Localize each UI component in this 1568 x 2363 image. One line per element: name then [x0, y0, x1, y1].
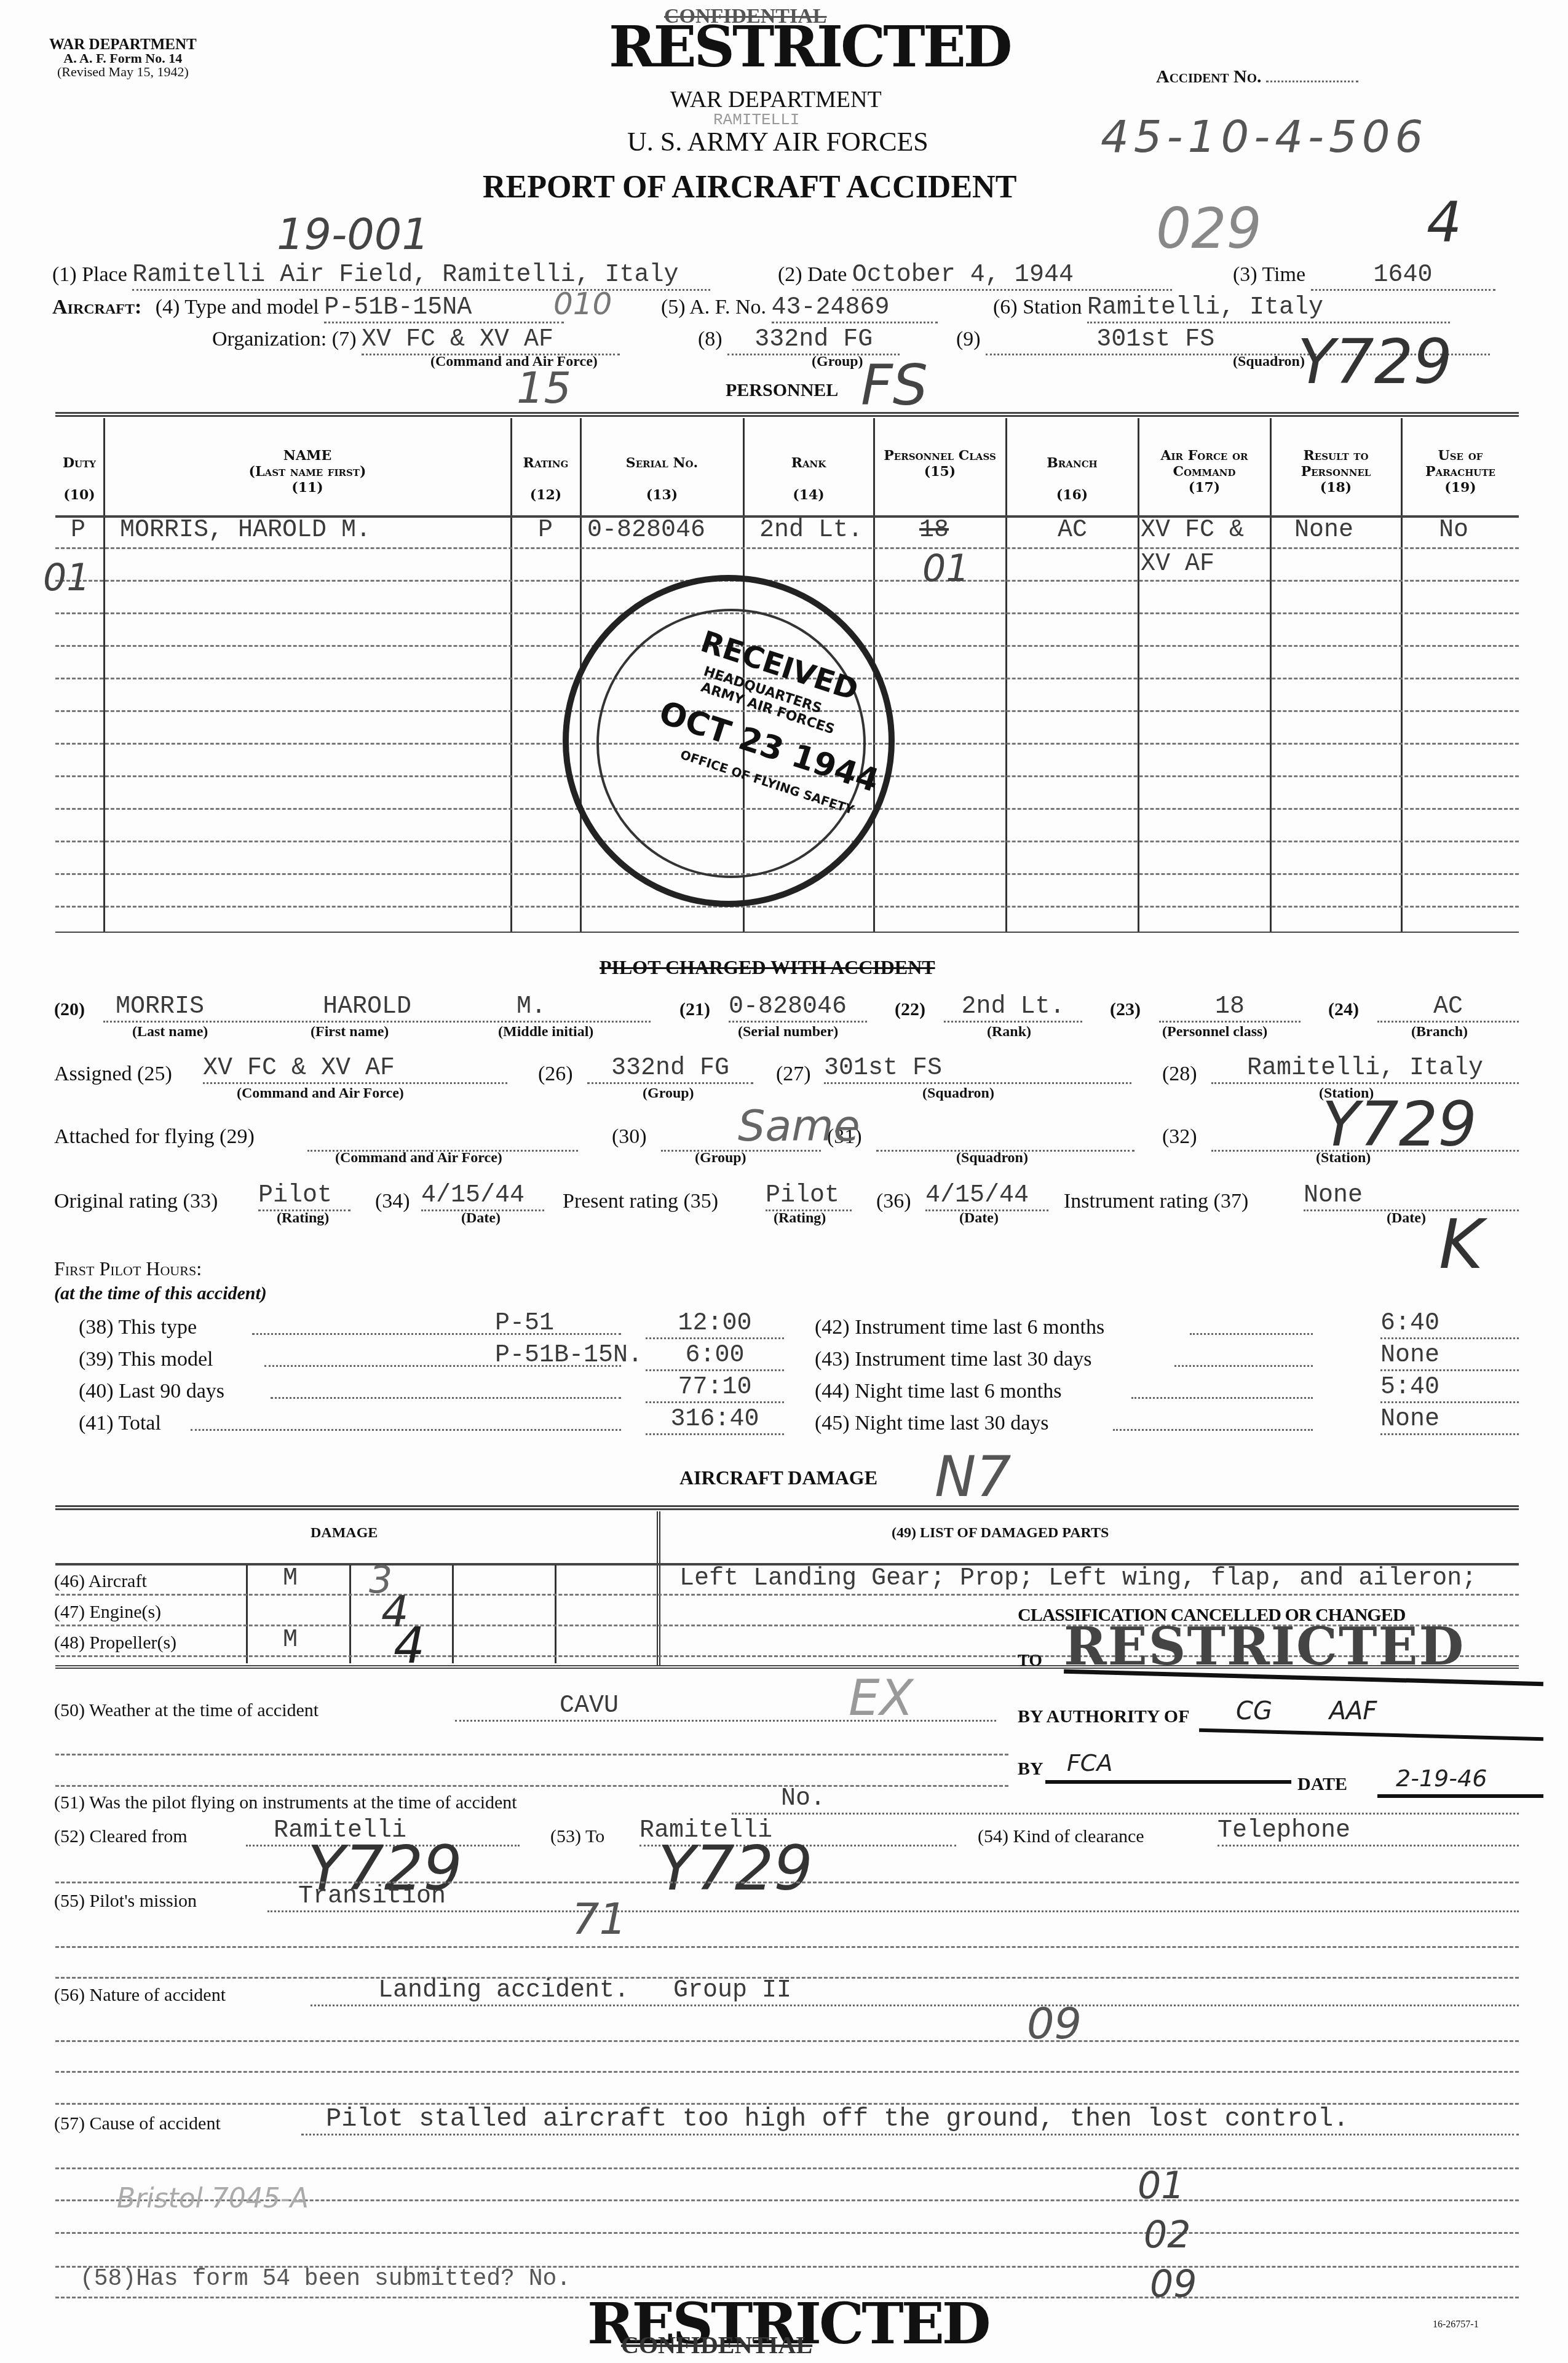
- weather-value: CAVU: [455, 1692, 996, 1722]
- field-36-label: (36): [876, 1190, 911, 1213]
- field-30-label: (30): [612, 1125, 647, 1149]
- weather-label: (50) Weather at the time of accident: [54, 1700, 319, 1721]
- assigned-squadron: 301st FS: [824, 1055, 1131, 1084]
- handwritten-duty-code: 01: [43, 556, 90, 600]
- damage-col-divider: [555, 1565, 556, 1663]
- accident-report-page: WAR DEPARTMENT A. A. F. Form No. 14 (Rev…: [0, 0, 1568, 2363]
- assigned-group-caption: (Group): [643, 1085, 694, 1102]
- attached-command-caption: (Command and Air Force): [335, 1150, 502, 1166]
- accident-number-handwritten: 45-10-4-506: [1101, 111, 1428, 162]
- declass-authority-label: BY AUTHORITY OF: [1018, 1706, 1189, 1727]
- damage-row-aircraft: (46) Aircraft: [54, 1571, 147, 1592]
- hours-value: 6:00: [646, 1342, 784, 1371]
- mission-value: Transition: [267, 1883, 1519, 1912]
- handwritten-ex: EX: [849, 1669, 913, 1727]
- instrument-rating-label: Instrument rating (37): [1064, 1190, 1248, 1213]
- leader-dots: [191, 1429, 621, 1431]
- pilot-class: 18: [1159, 993, 1301, 1023]
- cause-label: (57) Cause of accident: [54, 2113, 221, 2134]
- pilot-first-name: HAROLD: [323, 993, 411, 1021]
- clearance-label: (54) Kind of clearance: [978, 1826, 1144, 1847]
- declass-by-value: FCA: [1067, 1749, 1112, 1776]
- field-22-label: (22): [895, 999, 925, 1020]
- handwritten-k: K: [1439, 1205, 1483, 1284]
- cell-duty: P: [71, 517, 85, 544]
- damage-row-engines: (47) Engine(s): [54, 1602, 161, 1623]
- cause-value: Pilot stalled aircraft too high off the …: [301, 2104, 1519, 2135]
- hours-row: (44) Night time last 6 months: [815, 1380, 1061, 1403]
- cell-rating: P: [538, 517, 553, 544]
- declass-by-label: BY: [1018, 1759, 1043, 1779]
- hours-row: (45) Night time last 30 days: [815, 1412, 1049, 1435]
- class-caption: (Personnel class): [1162, 1024, 1267, 1040]
- field-26-label: (26): [538, 1063, 573, 1086]
- field-28-label: (28): [1162, 1063, 1197, 1086]
- handwritten-bottom-left: Bristol 7045-A: [117, 2183, 309, 2214]
- attached-label: Attached for flying (29): [54, 1125, 255, 1149]
- hours-model: P-51: [495, 1310, 554, 1337]
- nature-label: (56) Nature of accident: [54, 1985, 226, 2006]
- field-34-label: (34): [375, 1190, 410, 1213]
- cleared-to-label: (53) To: [550, 1826, 604, 1847]
- col-header-duty: Duty(10): [55, 455, 103, 503]
- pilot-rank: 2nd Lt.: [944, 993, 1082, 1023]
- handwritten-class-code: 01: [922, 547, 969, 590]
- pilot-middle-initial: M.: [517, 993, 546, 1021]
- nature-value: Landing accident. Group II: [311, 1977, 1519, 2006]
- org-group-caption: (Group): [812, 354, 863, 370]
- field-27-label: (27): [776, 1063, 811, 1086]
- original-rating-caption: (Rating): [277, 1210, 329, 1227]
- col-header-result: Result to Personnel(18): [1271, 448, 1401, 496]
- form-revision: (Revised May 15, 1942): [49, 65, 197, 79]
- present-rating-caption: (Rating): [774, 1210, 826, 1227]
- accident-no-label: Accident No.: [1156, 66, 1358, 87]
- present-rating-label: Present rating (35): [563, 1190, 718, 1213]
- aircraft-label: Aircraft:: [52, 296, 141, 319]
- hours-value: 6:40: [1380, 1310, 1519, 1339]
- time-value: 1640: [1311, 261, 1495, 291]
- time-row: (3) Time 1640: [1233, 261, 1495, 291]
- struck-classification-bottom: CONFIDENTIAL: [621, 2330, 812, 2359]
- hours-row: (40) Last 90 days: [79, 1380, 224, 1403]
- declass-authority-underline: [1199, 1728, 1543, 1741]
- branch-caption: (Branch): [1411, 1024, 1468, 1040]
- damage-hand-propellers: 4: [394, 1617, 425, 1674]
- blank-line: [55, 2071, 1519, 2073]
- original-rating-label: Original rating (33): [54, 1190, 218, 1213]
- field-20-label: (20): [54, 999, 85, 1020]
- station-row: (6) Station Ramitelli, Italy: [993, 294, 1450, 323]
- form-54-question: (58)Has form 54 been submitted? No.: [80, 2266, 571, 2292]
- field-23-label: (23): [1110, 999, 1141, 1020]
- col-header-command: Air Force or Command(17): [1139, 448, 1270, 496]
- org-label: Organization: (7): [212, 328, 356, 350]
- handwritten-fs: FS: [861, 354, 928, 418]
- pilot-section-title: PILOT CHARGED WITH ACCIDENT: [600, 956, 935, 979]
- af-no-label: (5) A. F. No.: [661, 296, 766, 319]
- damage-col-divider: [452, 1565, 454, 1663]
- handwritten-y729: Y729: [1297, 326, 1452, 398]
- hours-value: 77:10: [646, 1374, 784, 1403]
- cell-branch: AC: [1058, 517, 1087, 544]
- hours-value: None: [1380, 1342, 1519, 1371]
- handwritten-y729-station: Y729: [1322, 1088, 1477, 1160]
- mission-label: (55) Pilot's mission: [54, 1891, 197, 1912]
- org-group-value: 332nd FG: [727, 326, 900, 355]
- table-bottom-rule: [55, 932, 1519, 933]
- col-header-rating: Rating(12): [512, 455, 580, 503]
- assigned-group: 332nd FG: [587, 1055, 753, 1084]
- type-label: (4) Type and model: [156, 296, 319, 319]
- leader-dots: [252, 1333, 621, 1335]
- handwritten-n7: N7: [935, 1445, 1012, 1510]
- col-header-branch: Branch(16): [1007, 455, 1138, 503]
- date-row: (2) Date October 4, 1944: [778, 261, 1172, 291]
- form-number: A. A. F. Form No. 14: [49, 52, 197, 65]
- handwritten-71: 71: [572, 1894, 627, 1944]
- damage-top-rule: [55, 1505, 1519, 1510]
- original-date-caption: (Date): [461, 1210, 501, 1227]
- row-line: [55, 906, 1519, 908]
- field-24-label: (24): [1328, 999, 1359, 1020]
- struck-classification-top: CONFIDENTIAL: [664, 5, 826, 28]
- station-label: (6) Station: [993, 296, 1082, 319]
- blank-line: [55, 2167, 1519, 2169]
- instrument-rating: None: [1304, 1182, 1519, 1211]
- damage-section-title: AIRCRAFT DAMAGE: [679, 1466, 877, 1489]
- cell-parachute: No: [1439, 517, 1468, 544]
- original-rating-date: 4/15/44: [421, 1182, 544, 1211]
- damage-col-divider: [349, 1565, 351, 1663]
- blank-line: [55, 1754, 1008, 1755]
- leader-dots: [1131, 1397, 1313, 1399]
- cell-result: None: [1294, 517, 1353, 544]
- instruments-value: No.: [732, 1785, 1519, 1815]
- report-title: REPORT OF AIRCRAFT ACCIDENT: [483, 169, 1016, 205]
- first-name-caption: (First name): [311, 1024, 389, 1040]
- rank-caption: (Rank): [987, 1024, 1031, 1040]
- handwritten-top-right: 4: [1427, 191, 1462, 255]
- leader-dots: [1190, 1333, 1313, 1335]
- cell-name: MORRIS, HAROLD M.: [120, 517, 371, 544]
- hours-row: (43) Instrument time last 30 days: [815, 1348, 1091, 1371]
- blank-line: [55, 1946, 1519, 1948]
- cell-serial: 0-828046: [587, 517, 705, 544]
- org-group-row: (8) 332nd FG: [698, 326, 900, 355]
- field-32-label: (32): [1162, 1125, 1197, 1149]
- declass-to-value: RESTRICTED: [1064, 1616, 1465, 1677]
- hours-value: 316:40: [646, 1406, 784, 1435]
- hours-model: P-51B-15N.: [495, 1342, 643, 1369]
- assigned-label: Assigned (25): [54, 1063, 172, 1086]
- damaged-parts-list: Left Landing Gear; Prop; Left wing, flap…: [679, 1565, 1476, 1593]
- damage-row-propellers: (48) Propeller(s): [54, 1633, 176, 1653]
- damage-split-divider: [657, 1511, 660, 1665]
- damage-code-propellers: M: [283, 1626, 298, 1654]
- table-top-rule: [55, 412, 1519, 417]
- col-header-rank: Rank(14): [744, 455, 873, 503]
- assigned-squadron-caption: (Squadron): [922, 1085, 994, 1102]
- hours-value: None: [1380, 1406, 1519, 1435]
- af-no-row: (5) A. F. No. 43-24869: [661, 294, 938, 323]
- instruments-label: (51) Was the pilot flying on instruments…: [54, 1792, 517, 1813]
- damage-code-aircraft: M: [283, 1565, 298, 1593]
- assigned-command-caption: (Command and Air Force): [237, 1085, 404, 1102]
- type-handwritten: 010: [553, 286, 612, 322]
- hours-value: 5:40: [1380, 1374, 1519, 1403]
- handwritten-top-left: 19-001: [277, 209, 429, 259]
- hours-row: (39) This model: [79, 1348, 213, 1371]
- damage-col-header: DAMAGE: [311, 1525, 378, 1542]
- middle-initial-caption: (Middle initial): [498, 1024, 593, 1040]
- hours-row: (42) Instrument time last 6 months: [815, 1316, 1104, 1339]
- print-code: 16-26757-1: [1433, 2319, 1479, 2330]
- hours-value: 12:00: [646, 1310, 784, 1339]
- leader-dots: [271, 1397, 621, 1399]
- damage-col-divider: [246, 1565, 248, 1663]
- leader-dots: [1113, 1429, 1313, 1431]
- date-label: (2) Date: [778, 263, 847, 286]
- attached-squadron-caption: (Squadron): [956, 1150, 1028, 1166]
- org-command-value: XV FC & XV AF: [362, 326, 620, 355]
- received-stamp: RECEIVED HEADQUARTERS ARMY AIR FORCES OC…: [563, 575, 895, 907]
- cell-class: 18: [919, 517, 949, 544]
- original-rating: Pilot: [258, 1182, 350, 1211]
- assigned-command: XV FC & XV AF: [203, 1055, 507, 1084]
- hours-subtitle: (at the time of this accident): [54, 1283, 267, 1304]
- clearance-value: Telephone: [1218, 1817, 1519, 1846]
- declass-by-underline: [1045, 1780, 1291, 1784]
- handwritten-09: 09: [1027, 1998, 1082, 2049]
- cleared-from-label: (52) Cleared from: [54, 1826, 188, 1847]
- handwritten-code-3: 09: [1150, 2263, 1197, 2306]
- declass-to-label: TO: [1018, 1651, 1042, 1671]
- form-dept: WAR DEPARTMENT: [49, 38, 197, 52]
- declass-authority-value: CG AAF: [1236, 1697, 1377, 1725]
- handwritten-code-1: 01: [1138, 2164, 1184, 2207]
- field-21-label: (21): [679, 999, 710, 1020]
- present-rating: Pilot: [766, 1182, 852, 1211]
- parts-col-header: (49) LIST OF DAMAGED PARTS: [892, 1525, 1109, 1542]
- hours-title: First Pilot Hours:: [54, 1257, 202, 1280]
- department-heading: WAR DEPARTMENT: [670, 86, 882, 113]
- time-label: (3) Time: [1233, 263, 1305, 286]
- pilot-serial: 0-828046: [729, 993, 867, 1023]
- blank-line: [55, 2040, 1519, 2042]
- form-id-block: WAR DEPARTMENT A. A. F. Form No. 14 (Rev…: [49, 38, 197, 79]
- assigned-station: Ramitelli, Italy: [1211, 1055, 1519, 1084]
- handwritten-top-center: 029: [1156, 197, 1262, 261]
- row-line: [55, 1594, 1519, 1596]
- handwritten-code-2: 02: [1144, 2214, 1190, 2257]
- blank-line: [55, 2232, 1519, 2234]
- station-value: Ramitelli, Italy: [1087, 294, 1450, 323]
- type-value: P-51B-15NA: [324, 294, 564, 323]
- row-line: [55, 580, 1519, 582]
- attached-group-caption: (Group): [695, 1150, 746, 1166]
- cell-rank: 2nd Lt.: [759, 517, 863, 544]
- col-header-parachute: Use of Parachute(19): [1402, 448, 1519, 496]
- last-name-caption: (Last name): [132, 1024, 208, 1040]
- org-squadron-caption: (Squadron): [1233, 354, 1305, 370]
- organization-row: Organization: (7) XV FC & XV AF: [212, 326, 620, 355]
- org-command-caption: (Command and Air Force): [430, 354, 598, 370]
- personnel-section-title: PERSONNEL: [726, 380, 838, 401]
- hours-row: (41) Total: [79, 1412, 161, 1435]
- leader-dots: [1174, 1365, 1313, 1367]
- pilot-branch: AC: [1377, 993, 1519, 1023]
- place-value: Ramitelli Air Field, Ramitelli, Italy: [132, 261, 710, 291]
- col-header-name: NAME (Last name first)(11): [105, 448, 510, 496]
- col-header-personnel-class: Personnel Class(15): [874, 448, 1005, 480]
- present-date-caption: (Date): [959, 1210, 999, 1227]
- aircraft-row: Aircraft: (4) Type and model P-51B-15NA: [52, 294, 564, 323]
- serial-caption: (Serial number): [738, 1024, 838, 1040]
- row-line: [55, 547, 1519, 549]
- place-label: (1) Place: [52, 263, 127, 286]
- af-no-value: 43-24869: [772, 294, 938, 323]
- service-heading: U. S. ARMY AIR FORCES: [627, 126, 929, 157]
- cell-command: XV AF: [1141, 550, 1214, 578]
- date-value: October 4, 1944: [852, 261, 1172, 291]
- instrument-date-caption: (Date): [1387, 1210, 1426, 1227]
- handwritten-15: 15: [517, 363, 571, 413]
- present-rating-date: 4/15/44: [925, 1182, 1048, 1211]
- cell-command: XV FC &: [1141, 517, 1244, 544]
- handwritten-same: Same: [738, 1101, 860, 1151]
- hours-row: (38) This type: [79, 1316, 197, 1339]
- col-header-serial: Serial No.(13): [581, 455, 743, 503]
